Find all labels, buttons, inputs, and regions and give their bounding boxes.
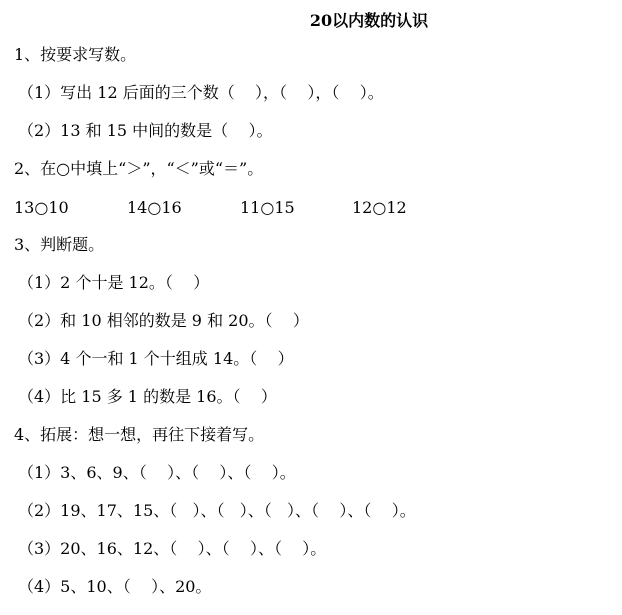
comparison-3: 11○15 bbox=[240, 198, 295, 217]
comparison-4: 12○12 bbox=[352, 198, 407, 217]
question-3-1: （1）2 个十是 12。（ ） bbox=[18, 273, 209, 293]
question-3-4: （4）比 15 多 1 的数是 16。（ ） bbox=[18, 387, 277, 407]
question-1-2: （2）13 和 15 中间的数是（ ）。 bbox=[18, 121, 273, 141]
section-3-heading: 3、判断题。 bbox=[14, 235, 104, 255]
question-4-3: （3）20、16、12、（ ）、（ ）、（ ）。 bbox=[18, 539, 326, 559]
section-4-heading: 4、拓展：想一想，再往下接着写。 bbox=[14, 425, 264, 445]
comparison-2: 14○16 bbox=[127, 198, 182, 217]
comparison-1: 13○10 bbox=[14, 198, 69, 217]
question-3-2: （2）和 10 相邻的数是 9 和 20。（ ） bbox=[18, 311, 309, 331]
question-3-3: （3）4 个一和 1 个十组成 14。（ ） bbox=[18, 349, 294, 369]
question-1-1: （1）写出 12 后面的三个数（ ），（ ），（ ）。 bbox=[18, 83, 384, 103]
question-4-2: （2）19、17、15、（ ）、（ ）、（ ）、（ ）、（ ）。 bbox=[18, 501, 416, 521]
section-1-heading: 1、按要求写数。 bbox=[14, 45, 136, 65]
section-2-heading: 2、在○中填上“＞”，“＜”或“＝”。 bbox=[14, 159, 263, 179]
question-4-1: （1）3、6、9、（ ）、（ ）、（ ）。 bbox=[18, 463, 296, 483]
question-4-4: （4）5、10、（ ）、20。 bbox=[18, 577, 211, 597]
page-title: 20以内数的认识 bbox=[0, 8, 622, 31]
